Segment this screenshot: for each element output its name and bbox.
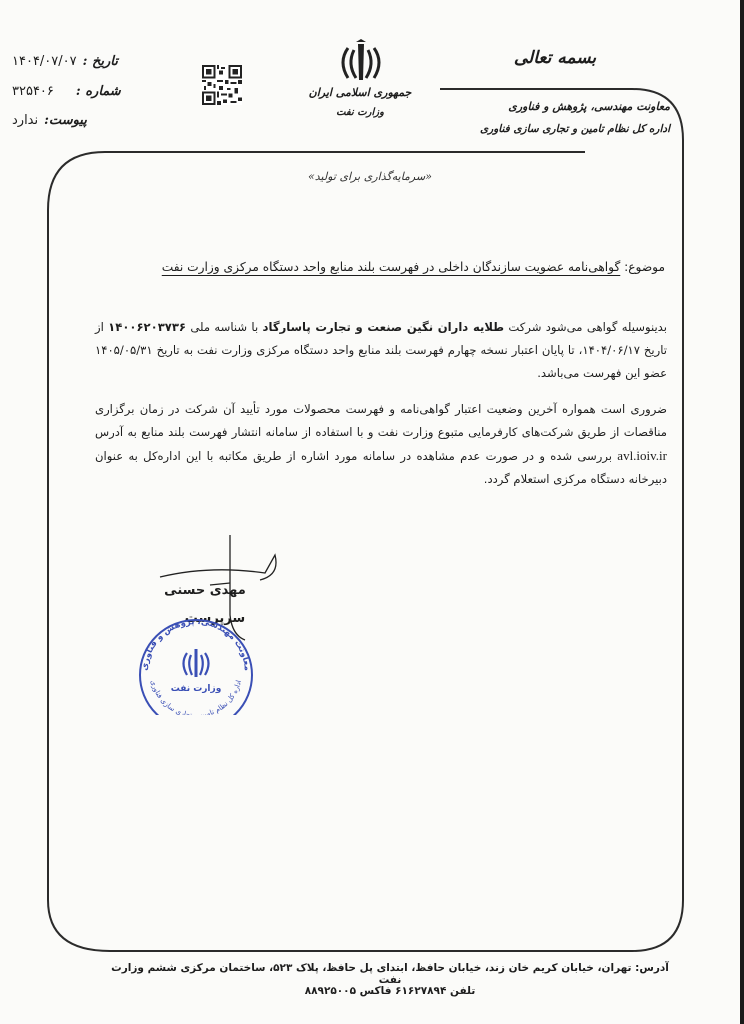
footer-phone: تلفن ۶۱۶۲۷۸۹۴ فاکس ۸۸۹۲۵۰۰۵	[100, 985, 680, 997]
number-label: شماره :	[76, 84, 121, 99]
attachment-label: پیوست:	[44, 113, 87, 128]
p2-intro: ضروری است همواره آخرین وضعیت اعتبار گواه…	[95, 402, 667, 439]
country-name: جمهوری اسلامی ایران	[300, 86, 420, 99]
department-line-2: اداره کل نظام تامین و تجاری سازی فناوری	[430, 123, 670, 135]
p1-intro: بدینوسیله گواهی می‌شود شرکت	[504, 320, 667, 334]
subject-text: گواهی‌نامه عضویت سازندگان داخلی در فهرست…	[162, 260, 621, 274]
attachment-value: ندارد	[12, 113, 38, 128]
department-line-1: معاونت مهندسی، پژوهش و فناوری	[450, 100, 670, 113]
date-value: ۱۴۰۴/۰۷/۰۷	[12, 54, 77, 69]
ministry-name: وزارت نفت	[300, 107, 420, 118]
footer-address: آدرس: تهران، خیابان کریم خان زند، خیابان…	[100, 962, 680, 986]
slogan: «سرمایه‌گذاری برای تولید»	[270, 170, 470, 183]
subject-label: موضوع:	[624, 260, 665, 274]
qr-code-icon[interactable]	[202, 64, 242, 106]
body-paragraph-2: ضروری است همواره آخرین وضعیت اعتبار گواه…	[95, 398, 667, 491]
iran-emblem-icon	[336, 38, 386, 86]
date-label: تاریخ :	[83, 54, 118, 69]
letter-attachment: پیوست: ندارد	[12, 113, 192, 128]
letter-number: شماره : ۳۲۵۴۰۶	[12, 84, 192, 99]
letterhead-frame	[0, 0, 744, 1024]
basmala: بسمه تعالی	[500, 48, 610, 68]
signer-name: مهدی حسنی	[150, 583, 260, 598]
company-name: طلایه داران نگین صنعت و تجارت پاسارگاد	[263, 320, 505, 334]
subject-line: موضوع: گواهی‌نامه عضویت سازندگان داخلی د…	[100, 260, 665, 274]
number-value: ۳۲۵۴۰۶	[12, 84, 54, 99]
national-id: ۱۴۰۰۶۲۰۳۷۳۶	[108, 320, 186, 334]
avl-link[interactable]: avl.ioiv.ir	[617, 448, 667, 463]
p2-rest: بررسی شده و در صورت عدم مشاهده در سامانه…	[95, 449, 667, 486]
official-stamp-icon: معاونت مهندسی، پژوهش و فناوری اداره کل ن…	[133, 615, 259, 715]
body-paragraph-1: بدینوسیله گواهی می‌شود شرکت طلایه داران …	[95, 316, 667, 385]
stamp-center-text: وزارت نفت	[171, 684, 222, 694]
letter-date: تاریخ : ۱۴۰۴/۰۷/۰۷	[12, 54, 192, 69]
p1-id-label: با شناسه ملی	[186, 320, 263, 334]
